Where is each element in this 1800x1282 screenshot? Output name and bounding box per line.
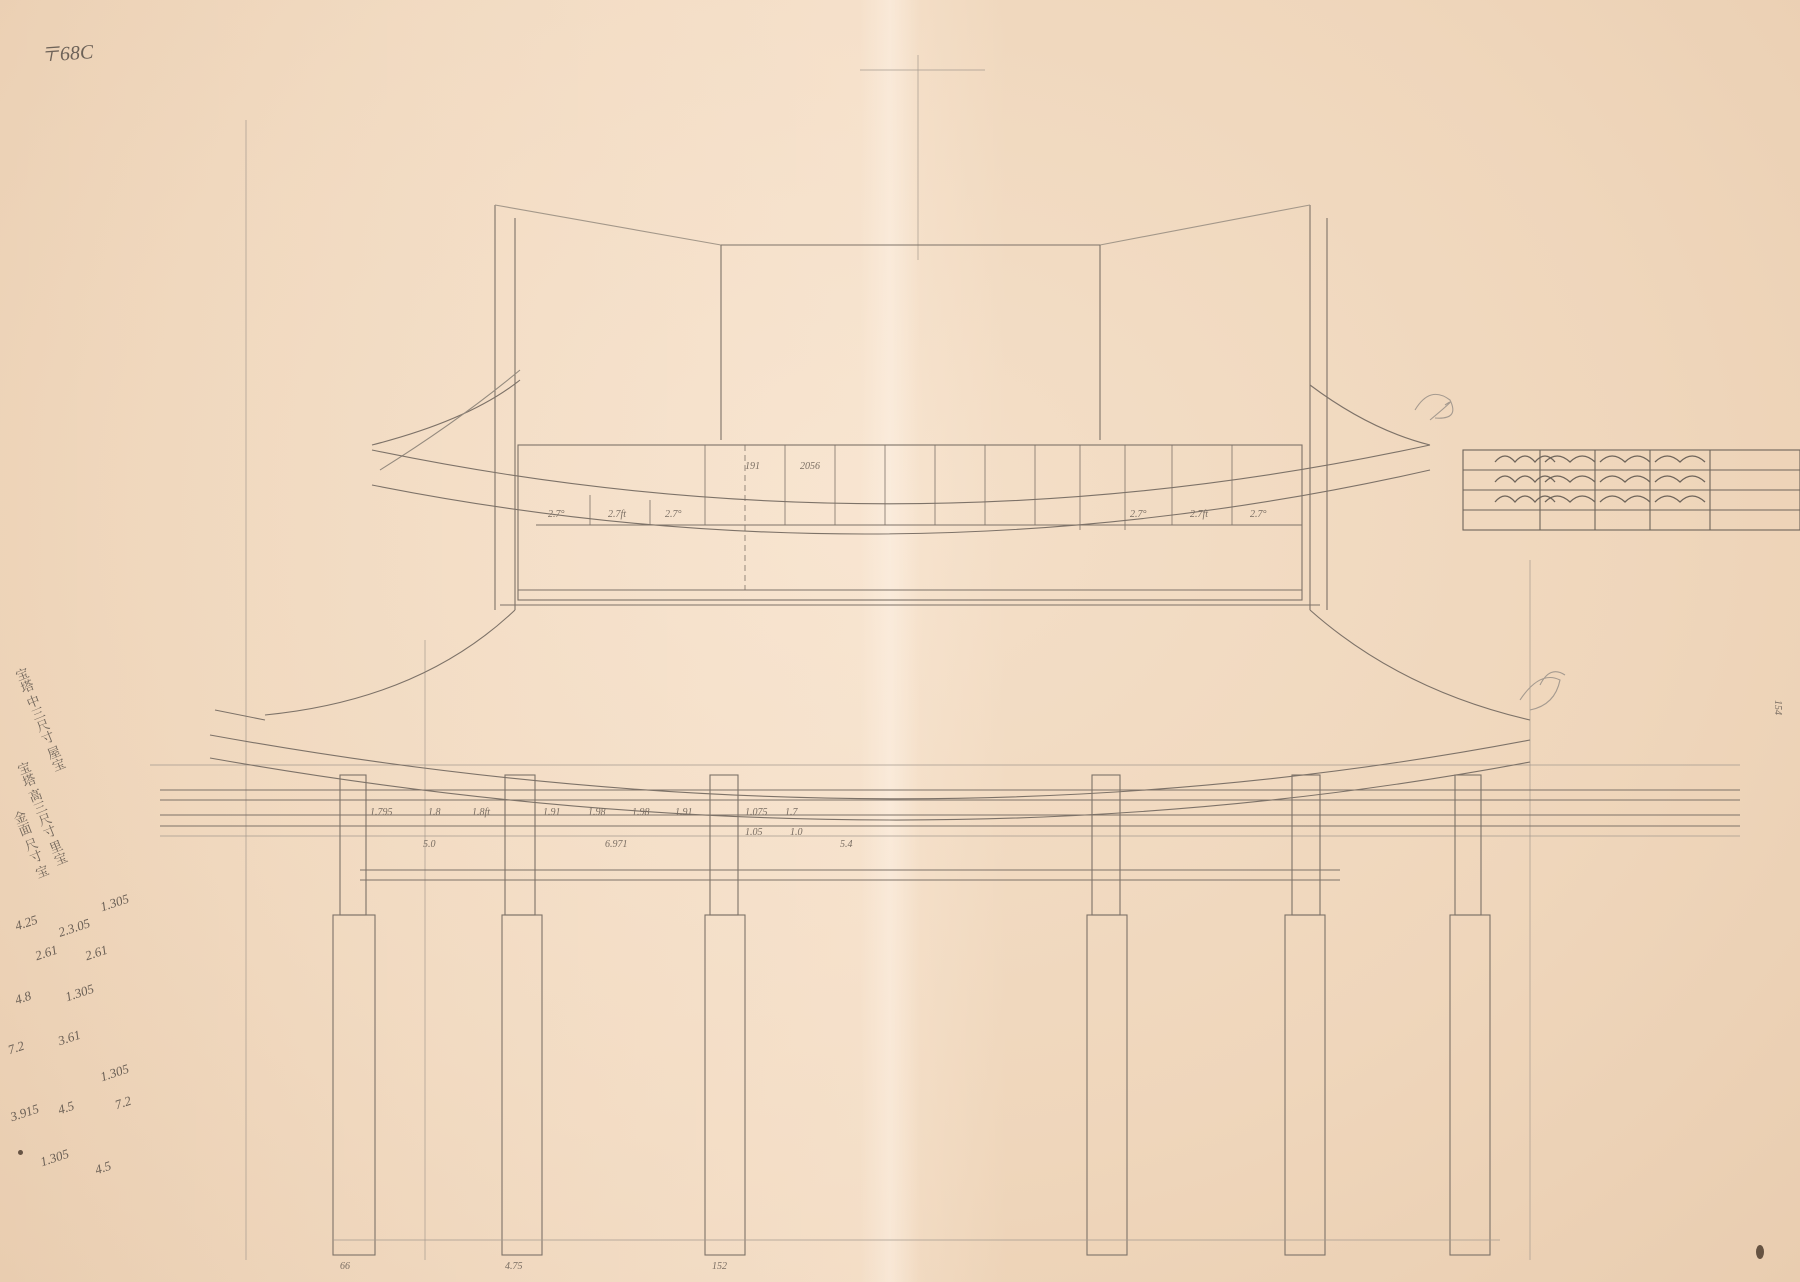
beam-label: 1.795 bbox=[370, 808, 393, 818]
ink-stain bbox=[18, 1150, 23, 1155]
callout: 5.0 bbox=[423, 840, 436, 850]
right-margin-note: 154 bbox=[1772, 700, 1782, 715]
elevation-drawing bbox=[0, 0, 1800, 1282]
callout: 5.4 bbox=[840, 840, 853, 850]
drawing-sheet: 〒68C 191 2056 2.7° 2.7ft 2.7° 2.7° 2.7ft… bbox=[0, 0, 1800, 1282]
band-label: 2.7° bbox=[548, 510, 565, 520]
beam-label: 1.8ft bbox=[472, 808, 490, 818]
frieze-label: 2056 bbox=[800, 462, 820, 472]
beam-label: 1.91 bbox=[543, 808, 561, 818]
beam-label: 1.8 bbox=[428, 808, 441, 818]
bottom-dimension: 4.75 bbox=[505, 1262, 523, 1272]
lower-beam-band bbox=[160, 790, 1740, 880]
frieze-label: 191 bbox=[745, 462, 760, 472]
band-label: 2.7° bbox=[1130, 510, 1147, 520]
upper-roof bbox=[372, 205, 1453, 610]
construction-lines bbox=[150, 55, 1740, 1260]
beam-label: 1.98 bbox=[588, 808, 606, 818]
upper-frieze bbox=[500, 445, 1320, 605]
bottom-dimension: 66 bbox=[340, 1262, 350, 1272]
beam-label: 1.98 bbox=[632, 808, 650, 818]
cloud-lattice-detail bbox=[1463, 450, 1800, 530]
band-label: 2.7° bbox=[665, 510, 682, 520]
beam-label: 1.05 bbox=[745, 828, 763, 838]
beam-label: 1.91 bbox=[675, 808, 693, 818]
sheet-id: 〒68C bbox=[39, 42, 94, 66]
ink-stain bbox=[1756, 1245, 1764, 1259]
lower-roof bbox=[210, 610, 1565, 820]
pillars bbox=[333, 915, 1500, 1255]
beam-label: 1.075 bbox=[745, 808, 768, 818]
beam-label: 1.0 bbox=[790, 828, 803, 838]
band-label: 2.7ft bbox=[1190, 510, 1208, 520]
beam-label: 1.7 bbox=[785, 808, 798, 818]
band-label: 2.7ft bbox=[608, 510, 626, 520]
callout: 6.971 bbox=[605, 840, 628, 850]
band-label: 2.7° bbox=[1250, 510, 1267, 520]
bottom-dimension: 152 bbox=[712, 1262, 727, 1272]
